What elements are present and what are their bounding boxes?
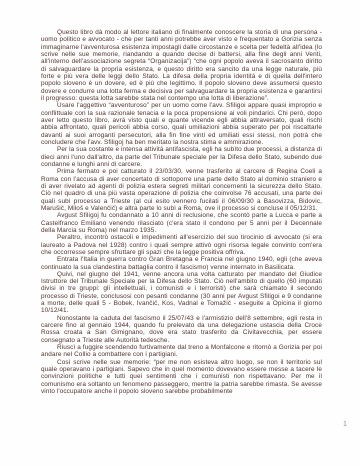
paragraph: Così scrive nelle sue memorie: “per me n… bbox=[41, 359, 322, 396]
paragraph: Prima fermato e poi catturato il 23/03/3… bbox=[41, 168, 322, 212]
text-block: Questo libro dà modo al lettore italiano… bbox=[41, 29, 322, 395]
paragraph: Usare l'aggettivo “avventuroso” per un u… bbox=[41, 102, 322, 146]
page-number: 1 bbox=[343, 421, 347, 429]
paragraph: Riuscì a fuggire scendendo furtivamente … bbox=[41, 344, 322, 359]
paragraph: Per la sua costante e intensa attività a… bbox=[41, 146, 322, 168]
paragraph: Avgust Sfiligoj fu condannato a 10 anni … bbox=[41, 212, 322, 234]
document-page: Questo libro dà modo al lettore italiano… bbox=[0, 0, 360, 466]
paragraph: Nonostante la caduta del fascismo il 25/… bbox=[41, 315, 322, 344]
paragraph: Entrata l'Italia in guerra contro Gran B… bbox=[41, 256, 322, 271]
paragraph: Questo libro dà modo al lettore italiano… bbox=[41, 29, 322, 102]
paragraph: Peraltro, incontrò ostacoli e impediment… bbox=[41, 234, 322, 256]
paragraph: Quivi, nel giugno del 1941, venne ancora… bbox=[41, 271, 322, 315]
